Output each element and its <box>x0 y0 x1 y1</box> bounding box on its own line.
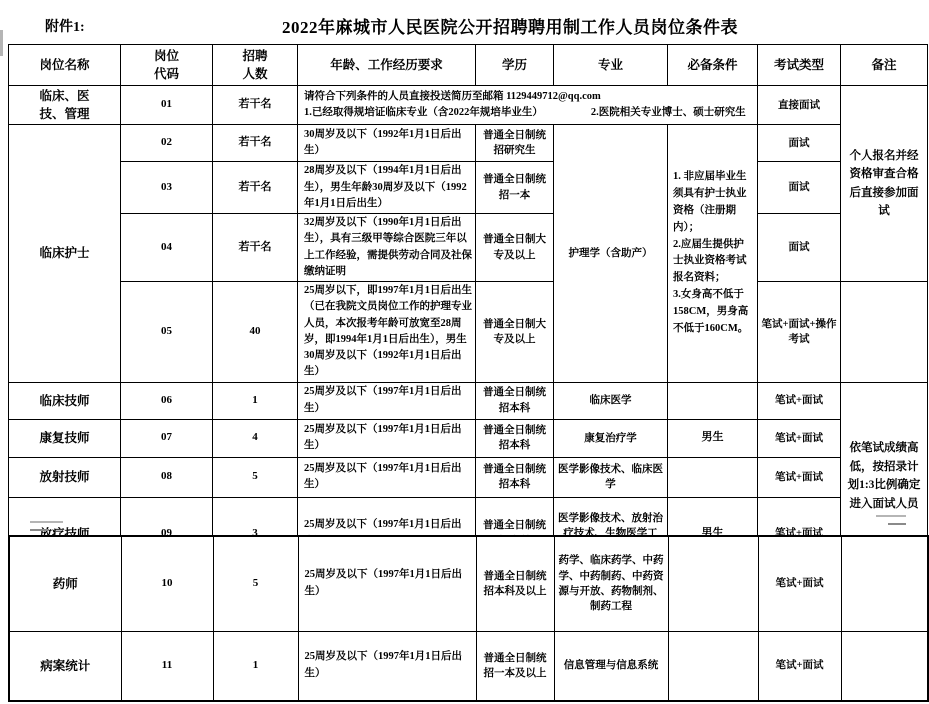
post-code: 08 <box>121 457 213 497</box>
education: 普通全日制统招本科 <box>476 382 554 419</box>
table-row-01: 临床、医 技、管理 01 若干名 请符合下列条件的人员直接投送简历至邮箱 112… <box>9 86 928 125</box>
requirements: 30周岁及以下（1992年1月1日后出生） <box>298 125 476 162</box>
exam-type: 笔试+面试 <box>758 382 841 419</box>
education: 普通全日制统招本科 <box>476 419 554 457</box>
requirements: 28周岁及以下（1994年1月1日后出生），男生年龄30周岁及以下（1992年1… <box>298 162 476 214</box>
table-row-02: 临床护士 02 若干名 30周岁及以下（1992年1月1日后出生） 普通全日制统… <box>9 125 928 162</box>
header-row: 岗位名称 岗位 代码 招聘 人数 年龄、工作经历要求 学历 专业 必备条件 考试… <box>9 45 928 86</box>
requirements: 25周岁以下，即1997年1月1日后出生（已在我院文员岗位工作的护理专业人员，本… <box>298 282 476 383</box>
post-code: 10 <box>121 536 213 631</box>
education: 普通全日制统招本科及以上 <box>476 536 554 631</box>
exam-type: 笔试+面试+操作考试 <box>758 282 841 383</box>
position-table-secondary: 药师 10 5 25周岁及以下（1997年1月1日后出生） 普通全日制统招本科及… <box>8 535 929 702</box>
attachment-label: 附件1: <box>45 16 85 36</box>
page-break-mark-left-top <box>30 521 63 523</box>
post-name: 病案统计 <box>9 631 121 701</box>
recruit-count: 5 <box>213 457 298 497</box>
remark-direct-interview: 个人报名并经资格审查合格后直接参加面试 <box>841 86 928 282</box>
education: 普通全日制大专及以上 <box>476 282 554 383</box>
post-code: 05 <box>121 282 213 383</box>
table-row-03: 03 若干名 28周岁及以下（1994年1月1日后出生），男生年龄30周岁及以下… <box>9 162 928 214</box>
position-table-main: 岗位名称 岗位 代码 招聘 人数 年龄、工作经历要求 学历 专业 必备条件 考试… <box>8 44 928 571</box>
recruit-count: 4 <box>213 419 298 457</box>
page-title: 2022年麻城市人民医院公开招聘聘用制工作人员岗位条件表 <box>160 13 860 38</box>
requirements: 25周岁及以下（1997年1月1日后出生） <box>298 457 476 497</box>
recruit-count: 40 <box>213 282 298 383</box>
remark-empty <box>841 282 928 383</box>
requirements: 25周岁及以下（1997年1月1日后出生） <box>298 419 476 457</box>
major-nursing: 护理学（含助产） <box>554 125 668 382</box>
exam-type: 笔试+面试 <box>758 419 841 457</box>
post-name: 临床技师 <box>9 382 121 419</box>
col-header-exam-type: 考试类型 <box>758 45 841 86</box>
remark-empty <box>841 536 928 631</box>
col-header-count: 招聘 人数 <box>213 45 298 86</box>
page-break-mark-right-top <box>876 515 906 517</box>
post-code: 03 <box>121 162 213 214</box>
page-break-mark-left-bottom <box>30 529 49 531</box>
post-code: 11 <box>121 631 213 701</box>
exam-type: 笔试+面试 <box>758 631 841 701</box>
exam-type: 面试 <box>758 125 841 162</box>
recruit-count: 若干名 <box>213 214 298 282</box>
page-edge-mark-top-left <box>0 30 3 56</box>
exam-type: 面试 <box>758 214 841 282</box>
table-row-05: 05 40 25周岁以下，即1997年1月1日后出生（已在我院文员岗位工作的护理… <box>9 282 928 383</box>
col-header-post: 岗位名称 <box>9 45 121 86</box>
col-header-requirements: 年龄、工作经历要求 <box>298 45 476 86</box>
major: 信息管理与信息系统 <box>554 631 668 701</box>
conditions-empty <box>668 631 758 701</box>
exam-type: 直接面试 <box>758 86 841 125</box>
col-header-remarks: 备注 <box>841 45 928 86</box>
table-row-11: 病案统计 11 1 25周岁及以下（1997年1月1日后出生） 普通全日制统招一… <box>9 631 928 701</box>
col-header-major: 专业 <box>554 45 668 86</box>
conditions-nursing: 1. 非应届毕业生须具有护士执业资格（注册期内）； 2.应届生提供护士执业资格考… <box>668 125 758 382</box>
post-code: 02 <box>121 125 213 162</box>
document-page: 附件1: 2022年麻城市人民医院公开招聘聘用制工作人员岗位条件表 岗位名称 岗… <box>0 0 929 704</box>
requirements-line2: 1.已经取得规培证临床专业（含2022年规培毕业生）2.医院相关专业博士、硕士研… <box>304 105 754 121</box>
post-code: 01 <box>121 86 213 125</box>
page-break-mark-right-bottom <box>888 523 906 525</box>
post-name: 药师 <box>9 536 121 631</box>
post-name-nurse: 临床护士 <box>9 125 121 382</box>
post-code: 07 <box>121 419 213 457</box>
table-row-06: 临床技师 06 1 25周岁及以下（1997年1月1日后出生） 普通全日制统招本… <box>9 382 928 419</box>
major: 医学影像技术、临床医学 <box>554 457 668 497</box>
table-row-10: 药师 10 5 25周岁及以下（1997年1月1日后出生） 普通全日制统招本科及… <box>9 536 928 631</box>
requirements-line1: 请符合下列条件的人员直接投送简历至邮箱 1129449712@qq.com <box>304 89 754 105</box>
major: 临床医学 <box>554 382 668 419</box>
recruit-count: 5 <box>213 536 298 631</box>
requirements: 25周岁及以下（1997年1月1日后出生） <box>298 382 476 419</box>
education: 普通全日制统招研究生 <box>476 125 554 162</box>
exam-type: 笔试+面试 <box>758 457 841 497</box>
recruit-count: 1 <box>213 382 298 419</box>
conditions <box>668 457 758 497</box>
education: 普通全日制统招本科 <box>476 457 554 497</box>
recruit-count: 若干名 <box>213 86 298 125</box>
requirements: 25周岁及以下（1997年1月1日后出生） <box>298 631 476 701</box>
remark-empty <box>841 631 928 701</box>
major: 药学、临床药学、中药学、中药制药、中药资源与开放、药物制剂、制药工程 <box>554 536 668 631</box>
col-header-conditions: 必备条件 <box>668 45 758 86</box>
recruit-count: 若干名 <box>213 162 298 214</box>
education: 普通全日制大专及以上 <box>476 214 554 282</box>
post-code: 04 <box>121 214 213 282</box>
conditions-empty <box>668 536 758 631</box>
requirements: 32周岁及以下（1990年1月1日后出生），具有三级甲等综合医院三年以上工作经验… <box>298 214 476 282</box>
table-row-07: 康复技师 07 4 25周岁及以下（1997年1月1日后出生） 普通全日制统招本… <box>9 419 928 457</box>
major: 康复治疗学 <box>554 419 668 457</box>
post-name: 放射技师 <box>9 457 121 497</box>
exam-type: 面试 <box>758 162 841 214</box>
post-code: 06 <box>121 382 213 419</box>
table-row-08: 放射技师 08 5 25周岁及以下（1997年1月1日后出生） 普通全日制统招本… <box>9 457 928 497</box>
recruit-count: 若干名 <box>213 125 298 162</box>
recruit-count: 1 <box>213 631 298 701</box>
education: 普通全日制统招一本 <box>476 162 554 214</box>
table-row-04: 04 若干名 32周岁及以下（1990年1月1日后出生），具有三级甲等综合医院三… <box>9 214 928 282</box>
conditions: 男生 <box>668 419 758 457</box>
col-header-code: 岗位 代码 <box>121 45 213 86</box>
requirements: 25周岁及以下（1997年1月1日后出生） <box>298 536 476 631</box>
education: 普通全日制统招一本及以上 <box>476 631 554 701</box>
requirements-merged-cell: 请符合下列条件的人员直接投送简历至邮箱 1129449712@qq.com 1.… <box>298 86 758 125</box>
exam-type: 笔试+面试 <box>758 536 841 631</box>
col-header-education: 学历 <box>476 45 554 86</box>
post-name: 康复技师 <box>9 419 121 457</box>
conditions <box>668 382 758 419</box>
post-name: 临床、医 技、管理 <box>9 86 121 125</box>
